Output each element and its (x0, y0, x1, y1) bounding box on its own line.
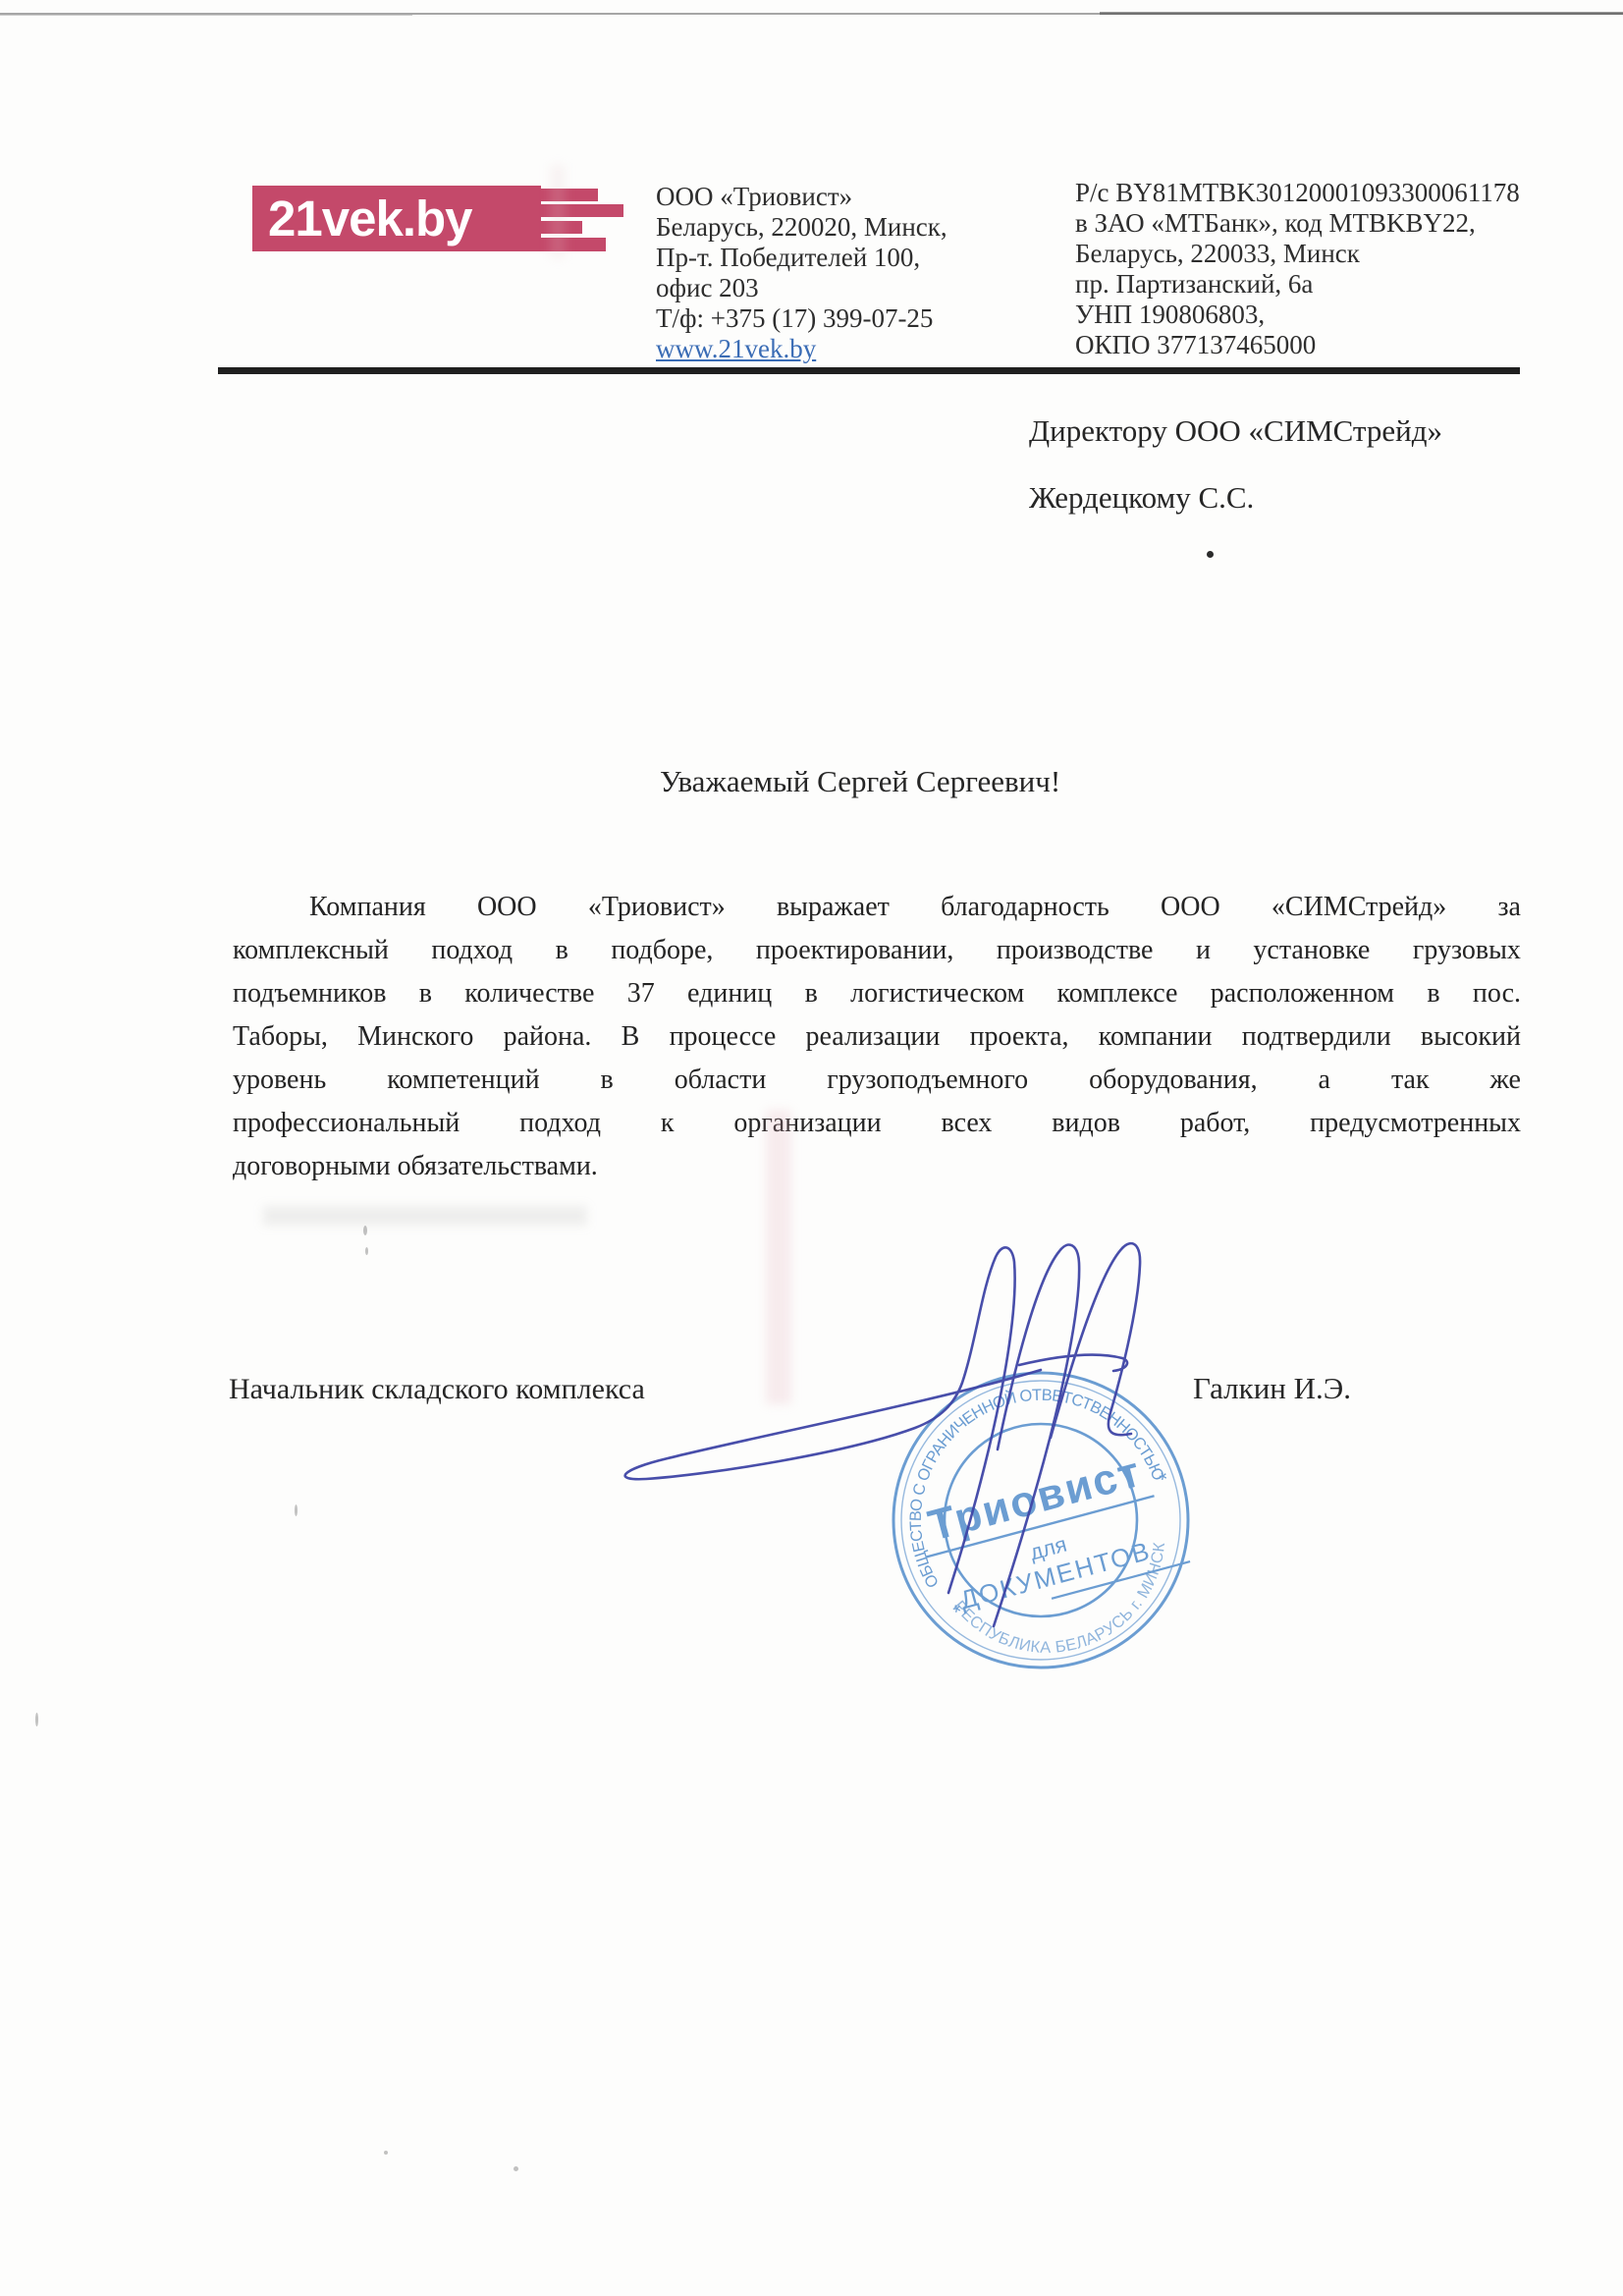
body-line: комплексныйподходвподборе,проектировании… (233, 929, 1521, 972)
scan-speck (514, 2166, 518, 2171)
scan-speck (384, 2151, 388, 2155)
letter-page: 21vek.by ООО «Триовист»Беларусь, 220020,… (0, 0, 1623, 2296)
scan-speck (295, 1504, 298, 1516)
text-line: пр. Партизанский, 6а (1075, 269, 1520, 300)
signature-ink (589, 1218, 1394, 1709)
text-line: Беларусь, 220020, Минск, (656, 212, 947, 243)
logo-text: 21vek.by (268, 190, 472, 247)
scan-artifact-line (1100, 12, 1623, 15)
body-line: профессиональныйподходкорганизациивсехви… (233, 1102, 1521, 1145)
text-line: УНП 190806803, (1075, 300, 1520, 330)
bank-details: Р/с BY81MTBK30120001093300061178в ЗАО «М… (1075, 178, 1520, 360)
text-line: Беларусь, 220033, Минск (1075, 239, 1520, 269)
website-link[interactable]: www.21vek.by (656, 334, 816, 363)
text-line: в ЗАО «МТБанк», код MTBKBY22, (1075, 208, 1520, 239)
company-info: ООО «Триовист»Беларусь, 220020, Минск,Пр… (656, 182, 947, 364)
body-line: Таборы,Минскогорайона.Впроцессереализаци… (233, 1015, 1521, 1059)
scan-artifact-line (0, 15, 412, 16)
text-line: ОКПО 377137465000 (1075, 330, 1520, 360)
body-line: договорными обязательствами. (233, 1145, 1521, 1188)
body-line: КомпанияООО«Триовист»выражаетблагодарнос… (233, 886, 1521, 929)
signature-stroke (625, 1243, 1140, 1626)
scan-smudge (263, 1206, 587, 1226)
text-line: офис 203 (656, 273, 947, 303)
scan-speck (363, 1226, 367, 1235)
ink-dot-artifact (1207, 551, 1214, 558)
scan-speck (35, 1713, 38, 1726)
company-logo: 21vek.by (252, 186, 541, 251)
body-paragraph: КомпанияООО«Триовист»выражаетблагодарнос… (233, 886, 1521, 1188)
text-line: Р/с BY81MTBK30120001093300061178 (1075, 178, 1520, 208)
text-line: Т/ф: +375 (17) 399-07-25 (656, 303, 947, 334)
body-line: подъемниковвколичестве37единицвлогистиче… (233, 972, 1521, 1015)
text-line: ООО «Триовист» (656, 182, 947, 212)
text-line: Пр-т. Победителей 100, (656, 243, 947, 273)
addressee-name: Жердецкому С.С. (1029, 480, 1254, 516)
header-divider (218, 367, 1520, 374)
salutation: Уважаемый Сергей Сергеевич! (660, 764, 1060, 799)
signer-position: Начальник складского комплекса (229, 1373, 645, 1406)
scan-speck (365, 1247, 368, 1255)
body-line: уровенькомпетенцийвобластигрузоподъемног… (233, 1059, 1521, 1102)
addressee-title: Директору ООО «СИМСтрейд» (1029, 413, 1442, 449)
scan-smudge (550, 165, 566, 258)
